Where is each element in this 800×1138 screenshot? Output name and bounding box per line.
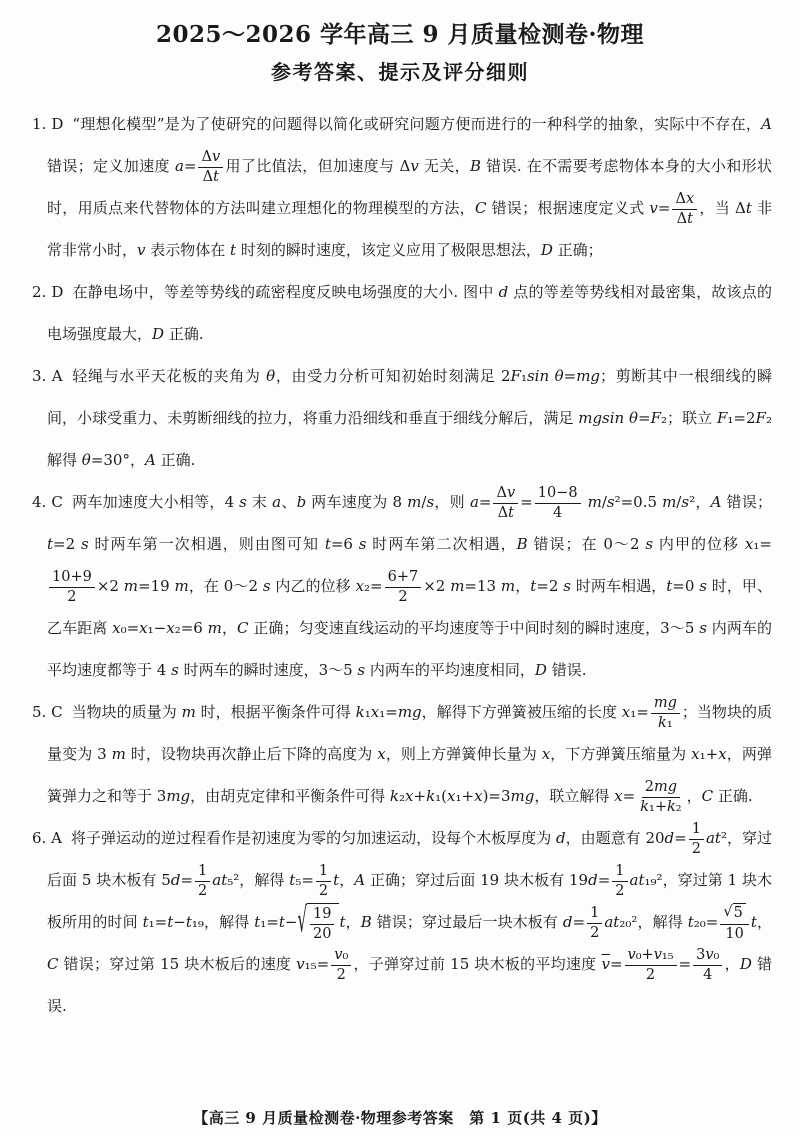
answer-number: 4. C (32, 493, 63, 511)
answers-list: 1. D“理想化模型”是为了使研究的问题得以简化或研究问题方便而进行的一种科学的… (32, 103, 772, 1027)
fraction: ΔxΔt (672, 190, 697, 228)
fraction: v₀+v₁₅2 (625, 946, 677, 984)
answer-item-5: 5. C当物块的质量为 m 时，根据平衡条件可得 k₁x₁=mg，解得下方弹簧被… (32, 691, 772, 817)
answer-number: 6. A (32, 829, 62, 847)
fraction: 10+92 (49, 568, 95, 606)
fraction: 12 (195, 862, 210, 900)
fraction: 12 (689, 820, 704, 858)
fraction: 12 (316, 862, 331, 900)
answer-text: 当物块的质量为 m 时，根据平衡条件可得 k₁x₁=mg，解得下方弹簧被压缩的长… (47, 703, 772, 805)
answer-number: 3. A (32, 367, 63, 385)
answer-text: 在静电场中，等差等势线的疏密程度反映电场强度的大小. 图中 d 点的等差等势线相… (47, 283, 772, 343)
page-footer: 【高三 9 月质量检测卷·物理参考答案 第 1 页(共 4 页)】 (0, 1107, 800, 1128)
page-header: 2025～2026 学年高三 9 月质量检测卷·物理 参考答案、提示及评分细则 (0, 0, 800, 85)
answer-text: 将子弹运动的逆过程看作是初速度为零的匀加速运动，设每个木板厚度为 d，由题意有 … (47, 829, 772, 1015)
answer-number: 2. D (32, 283, 63, 301)
answer-item-3: 3. A轻绳与水平天花板的夹角为 θ，由受力分析可知初始时刻满足 2F₁sin … (32, 355, 772, 481)
answer-number: 1. D (32, 115, 63, 133)
answer-text: 两车加速度大小相等，4 s 末 a、b 两车速度为 8 m/s，则 a=ΔvΔt… (47, 493, 772, 679)
fraction: √510 (720, 903, 748, 943)
fraction: ΔvΔt (493, 484, 518, 522)
fraction: mgk₁ (651, 694, 680, 732)
overbar-variable: v (601, 955, 609, 973)
fraction: 12 (612, 862, 627, 900)
page-title: 2025～2026 学年高三 9 月质量检测卷·物理 (0, 16, 800, 49)
fraction: 12 (587, 904, 602, 942)
answer-item-1: 1. D“理想化模型”是为了使研究的问题得以简化或研究问题方便而进行的一种科学的… (32, 103, 772, 271)
fraction: 2mgk₁+k₂ (637, 778, 684, 816)
fraction: 6+72 (385, 568, 422, 606)
answer-sheet-page: 2025～2026 学年高三 9 月质量检测卷·物理 参考答案、提示及评分细则 … (0, 0, 800, 1138)
fraction: v₀2 (331, 946, 351, 984)
answer-text: “理想化模型”是为了使研究的问题得以简化或研究问题方便而进行的一种科学的抽象，实… (47, 115, 772, 259)
fraction: 10−84 (535, 484, 581, 522)
fraction: ΔvΔt (198, 148, 223, 186)
fraction: 1920 (310, 905, 334, 943)
answer-item-4: 4. C两车加速度大小相等，4 s 末 a、b 两车速度为 8 m/s，则 a=… (32, 481, 772, 691)
page-subtitle: 参考答案、提示及评分细则 (0, 56, 800, 85)
answer-number: 5. C (32, 703, 63, 721)
square-root: √1920 (297, 903, 339, 943)
fraction: 3v₀4 (693, 946, 722, 984)
answer-item-6: 6. A将子弹运动的逆过程看作是初速度为零的匀加速运动，设每个木板厚度为 d，由… (32, 817, 772, 1027)
answer-item-2: 2. D在静电场中，等差等势线的疏密程度反映电场强度的大小. 图中 d 点的等差… (32, 271, 772, 355)
square-root: √5 (723, 903, 745, 922)
answer-text: 轻绳与水平天花板的夹角为 θ，由受力分析可知初始时刻满足 2F₁sin θ=mg… (47, 367, 772, 469)
